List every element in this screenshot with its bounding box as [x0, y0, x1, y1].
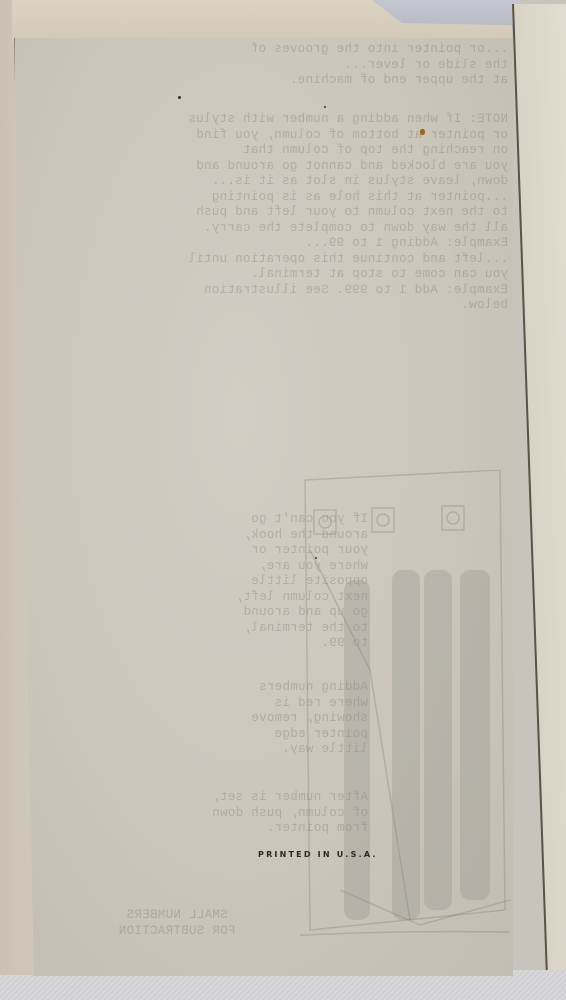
- ink-speck: [178, 96, 181, 99]
- rust-spot: [420, 129, 425, 135]
- right-fold-panel: [512, 4, 566, 970]
- ink-speck: [324, 106, 326, 108]
- show-through-bottom-label: SMALL NUMBERS FOR SUBTRACTION: [92, 908, 262, 939]
- show-through-main-text: NOTE: If when adding a number with stylu…: [52, 112, 508, 314]
- adding-machine-diagram-show-through: [300, 470, 520, 950]
- ink-speck: [315, 557, 317, 559]
- printed-in-usa-imprint: PRINTED IN U.S.A.: [258, 850, 378, 859]
- show-through-top-text: ...or pointer into the grooves of the sl…: [52, 42, 508, 89]
